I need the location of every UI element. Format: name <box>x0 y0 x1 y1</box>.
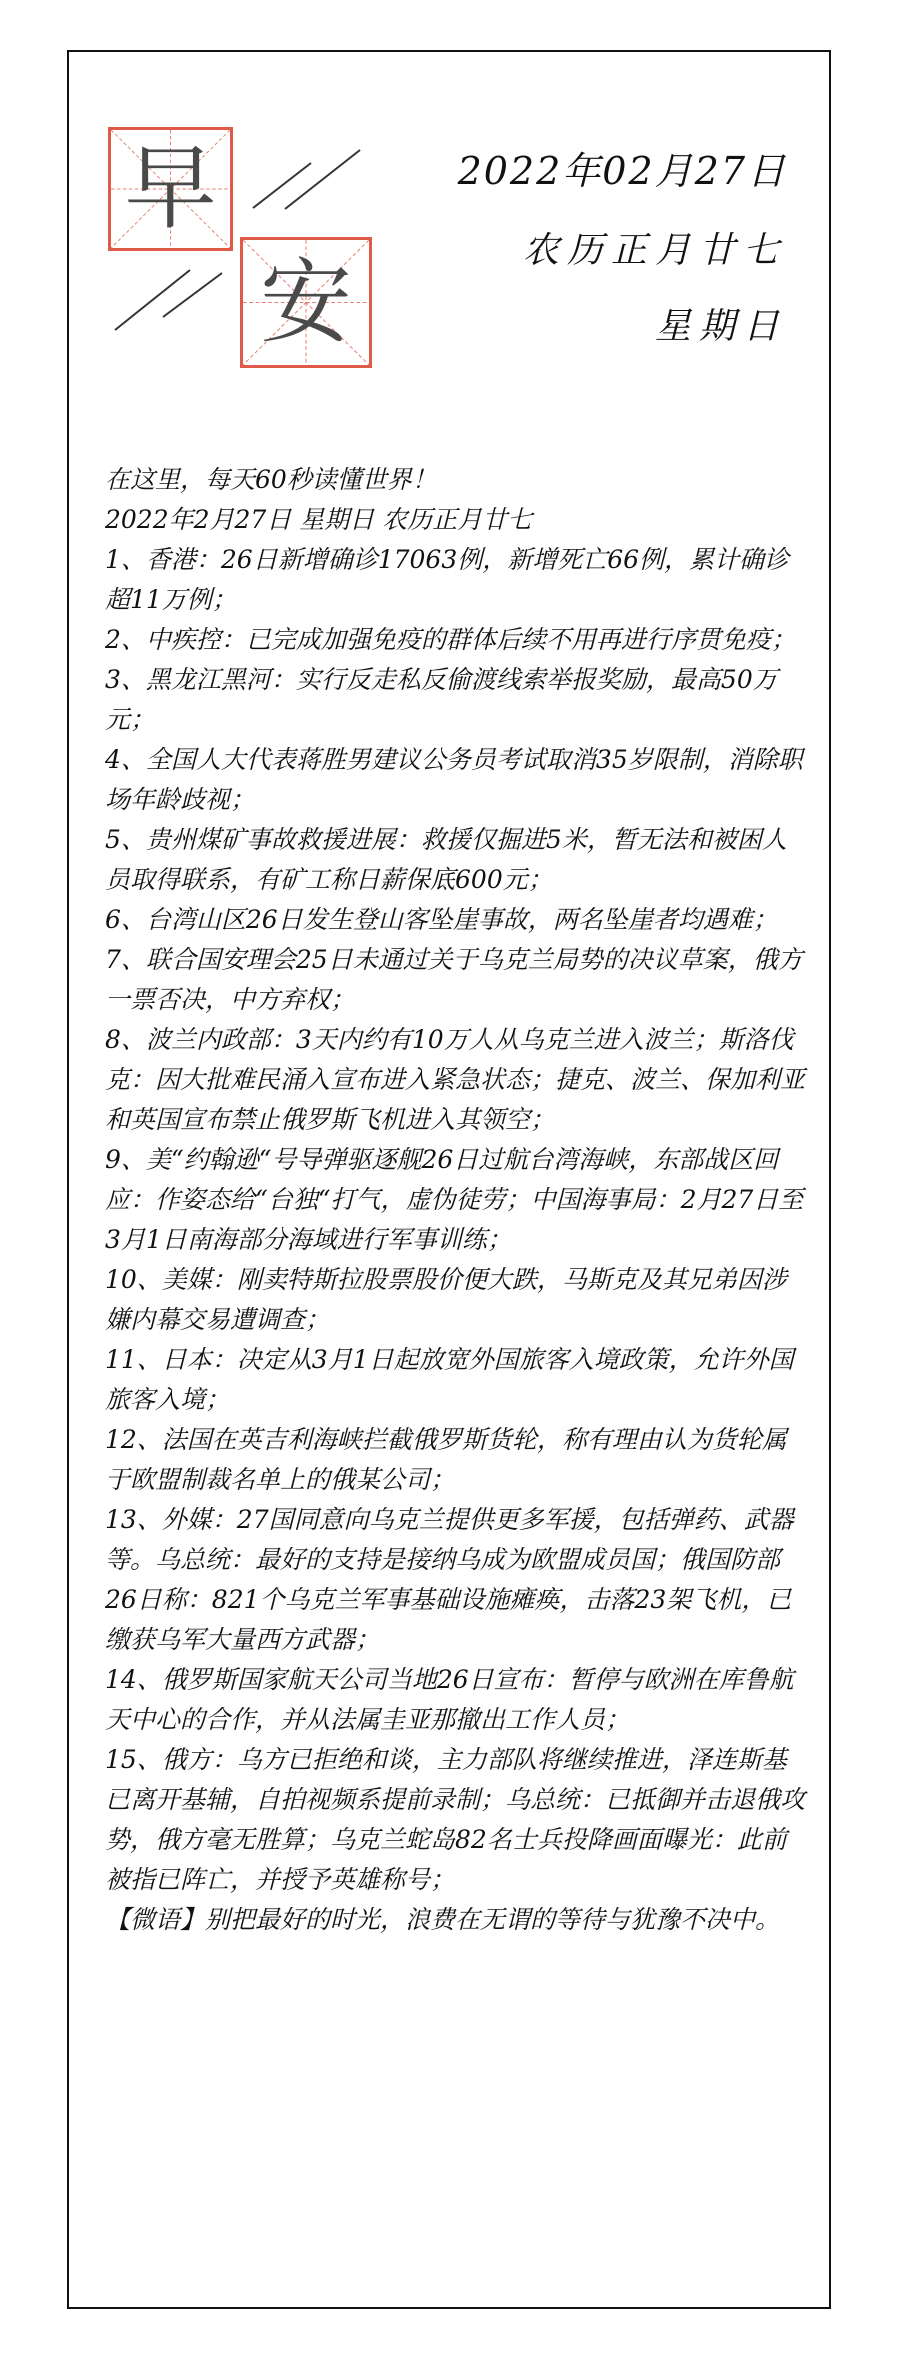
news-item: 7、联合国安理会25日未通过关于乌克兰局势的决议草案，俄方一票否决，中方弃权； <box>105 940 805 1020</box>
news-item: 4、全国人大代表蒋胜男建议公务员考试取消35岁限制，消除职场年龄歧视； <box>105 740 805 820</box>
greeting-char-zao: 早 <box>111 130 230 248</box>
news-content: 在这里，每天60秒读懂世界！ 2022年2月27日 星期日 农历正月廿七 1、香… <box>105 460 805 1940</box>
news-item: 9、美“约翰逊“号导弹驱逐舰26日过航台湾海峡，东部战区回应：作姿态给“台独“打… <box>105 1140 805 1260</box>
gregorian-date: 2022年02月27日 <box>458 140 787 195</box>
news-item: 3、黑龙江黑河：实行反走私反偷渡线索举报奖励，最高50万元； <box>105 660 805 740</box>
greeting-box-zao: 早 <box>108 127 233 251</box>
news-item: 11、日本：决定从3月1日起放宽外国旅客入境政策，允许外国旅客入境； <box>105 1340 805 1420</box>
news-item: 12、法国在英吉利海峡拦截俄罗斯货轮，称有理由认为货轮属于欧盟制裁名单上的俄某公… <box>105 1420 805 1500</box>
news-item: 8、波兰内政部：3天内约有10万人从乌克兰进入波兰；斯洛伐克：因大批难民涌入宣布… <box>105 1020 805 1140</box>
news-item: 5、贵州煤矿事故救援进展：救援仅掘进5米，暂无法和被困人员取得联系，有矿工称日薪… <box>105 820 805 900</box>
greeting-char-an: 安 <box>243 240 369 365</box>
news-item: 1、香港：26日新增确诊17063例，新增死亡66例，累计确诊超11万例； <box>105 540 805 620</box>
news-item: 2、中疾控：已完成加强免疫的群体后续不用再进行序贯免疫； <box>105 620 805 660</box>
news-item: 15、俄方：乌方已拒绝和谈，主力部队将继续推进，泽连斯基已离开基辅，自拍视频系提… <box>105 1740 805 1900</box>
lunar-date: 农历正月廿七 <box>523 222 787 273</box>
news-item: 14、俄罗斯国家航天公司当地26日宣布：暂停与欧洲在库鲁航天中心的合作，并从法属… <box>105 1660 805 1740</box>
greeting-box-an: 安 <box>240 237 372 368</box>
dateline: 2022年2月27日 星期日 农历正月廿七 <box>105 500 805 540</box>
quote-line: 【微语】别把最好的时光，浪费在无谓的等待与犹豫不决中。 <box>105 1900 805 1940</box>
news-item: 10、美媒：刚卖特斯拉股票股价便大跌，马斯克及其兄弟因涉嫌内幕交易遭调查； <box>105 1260 805 1340</box>
weekday: 星期日 <box>655 298 787 349</box>
intro-line: 在这里，每天60秒读懂世界！ <box>105 460 805 500</box>
news-item: 13、外媒：27国同意向乌克兰提供更多军援，包括弹药、武器等。乌总统：最好的支持… <box>105 1500 805 1660</box>
news-item: 6、台湾山区26日发生登山客坠崖事故，两名坠崖者均遇难； <box>105 900 805 940</box>
